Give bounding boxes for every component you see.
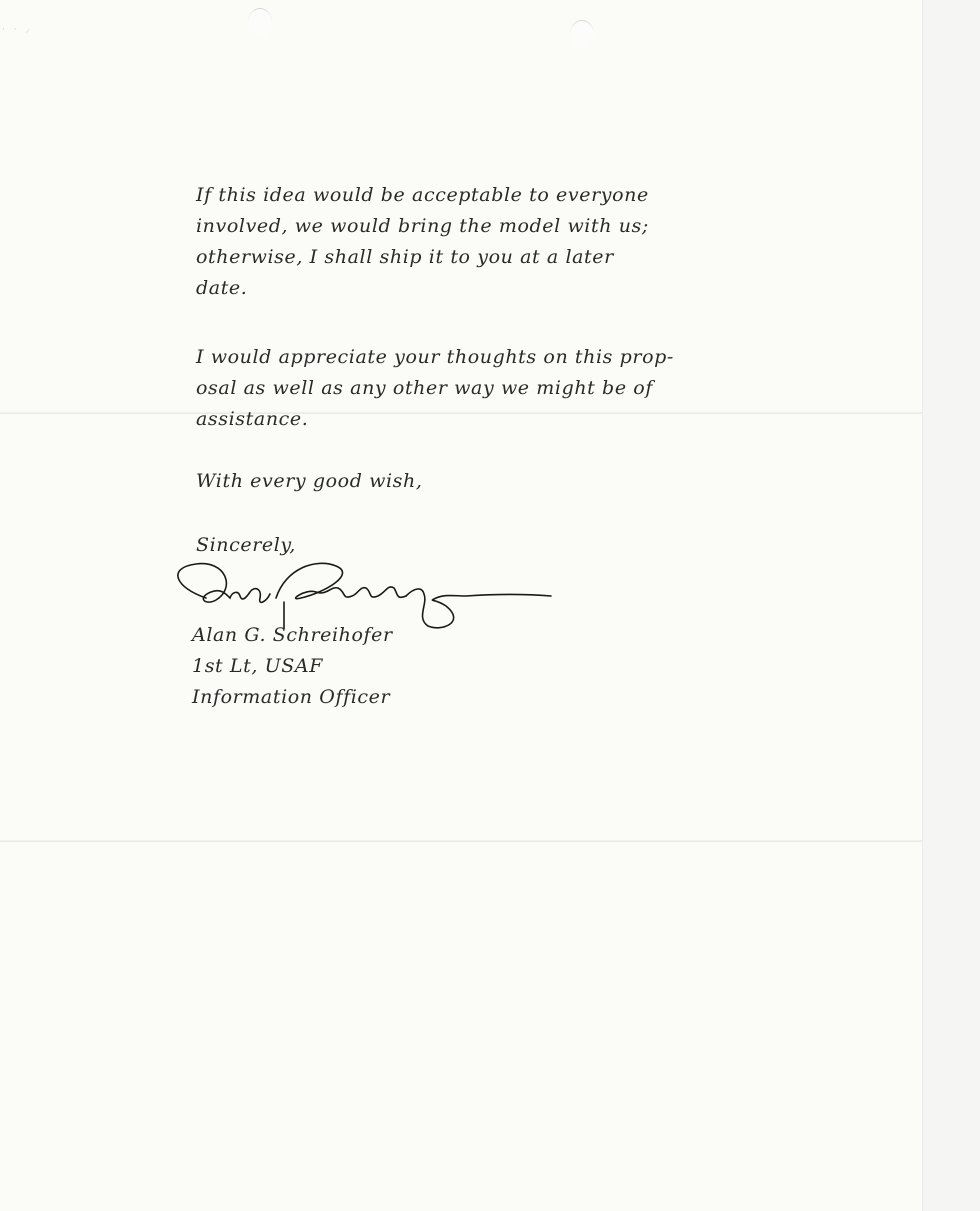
signoff: Sincerely, xyxy=(196,530,296,561)
closing-line: With every good wish, xyxy=(196,466,422,497)
scan-background xyxy=(922,0,980,1211)
text-line: involved, we would bring the model with … xyxy=(196,211,756,242)
text-line: osal as well as any other way we might b… xyxy=(196,373,756,404)
paragraph-2: I would appreciate your thoughts on this… xyxy=(196,342,756,435)
paragraph-1: If this idea would be acceptable to ever… xyxy=(196,180,756,304)
punch-hole-icon xyxy=(570,20,594,49)
text-line: date. xyxy=(196,273,756,304)
signer-rank: 1st Lt, USAF xyxy=(192,651,393,682)
signer-name: Alan G. Schreihofer xyxy=(192,620,393,651)
fold-line xyxy=(0,840,922,842)
text-line: If this idea would be acceptable to ever… xyxy=(196,180,756,211)
text-line: I would appreciate your thoughts on this… xyxy=(196,342,756,373)
paper-smudge: · · ⸝ xyxy=(2,22,62,34)
signature-block: Alan G. Schreihofer 1st Lt, USAF Informa… xyxy=(192,620,393,713)
text-line: assistance. xyxy=(196,404,756,435)
letter-page: · · ⸝ If this idea would be acceptable t… xyxy=(0,0,922,1211)
text-line: otherwise, I shall ship it to you at a l… xyxy=(196,242,756,273)
punch-hole-icon xyxy=(248,8,272,37)
signer-title: Information Officer xyxy=(192,682,393,713)
